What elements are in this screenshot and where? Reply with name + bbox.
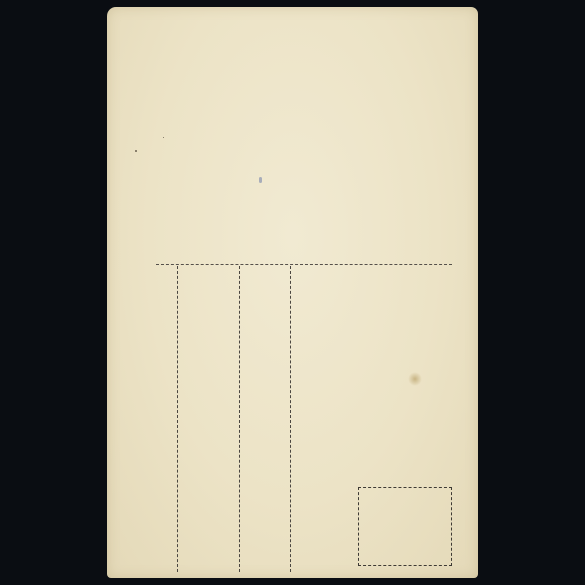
- ink-mark: [259, 177, 262, 183]
- postcard-back: [107, 7, 478, 578]
- top-dotted-line: [156, 264, 452, 265]
- divider-line-2: [239, 266, 240, 572]
- stain: [408, 372, 422, 386]
- divider-line-1: [177, 266, 178, 572]
- stamp-box: [358, 487, 452, 566]
- speck: [163, 137, 164, 138]
- speck: [135, 150, 137, 152]
- divider-line-3: [290, 266, 291, 572]
